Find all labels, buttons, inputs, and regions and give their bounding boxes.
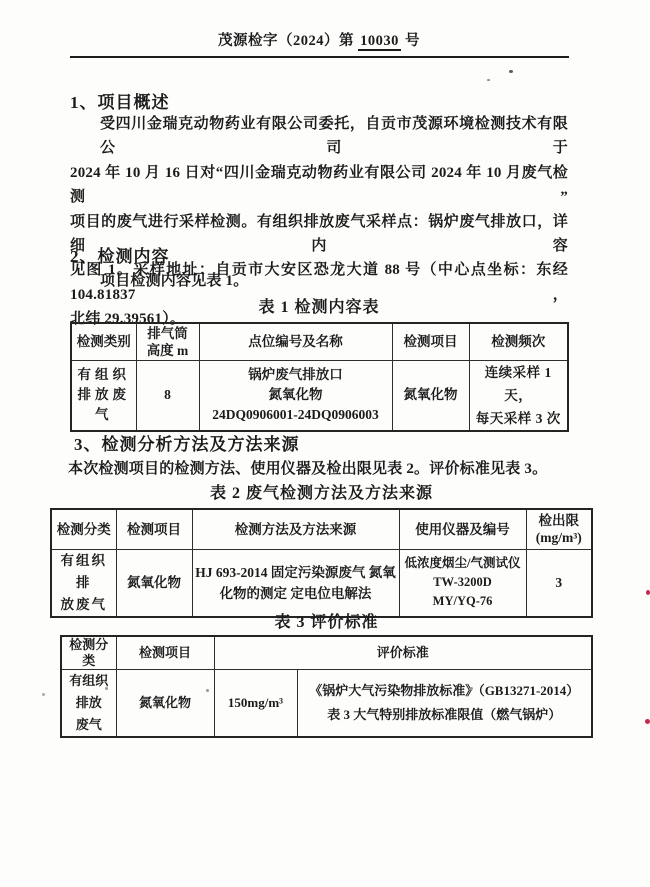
table1-title: 表 1 检测内容表 — [70, 294, 568, 317]
table2-header-instrument: 使用仪器及编号 — [399, 509, 526, 549]
header-rule — [70, 56, 569, 58]
table2-title: 表 2 废气检测方法及方法来源 — [50, 480, 593, 503]
scan-speck — [646, 590, 650, 595]
section2-intro: 项目检测内容见表 1。 — [100, 269, 248, 290]
table3-cell-limit: 150mg/m³ — [214, 670, 297, 738]
section1-heading: 1、项目概述 — [70, 88, 170, 113]
table3-cell-category: 有组织排放 废气 — [61, 670, 116, 738]
table1-cell-point: 锅炉废气排放口 氮氧化物 24DQ0906001-24DQ0906003 — [199, 360, 392, 431]
table2-cell-category: 有组织排 放废气 — [51, 549, 116, 617]
table2-header-item: 检测项目 — [116, 509, 192, 549]
table1-header-stack-height: 排气筒 高度 m — [136, 323, 199, 360]
table3-cell-standard: 《锅炉大气污染物排放标准》（GB13271-2014） 表 3 大气特别排放标准… — [297, 670, 592, 738]
table2-cell-method: HJ 693-2014 固定污染源废气 氮氧化物的测定 定电位电解法 — [192, 549, 399, 617]
doc-number: 茂源检字（2024）第 10030 号 — [70, 29, 568, 50]
table2-header-category: 检测分类 — [51, 509, 116, 549]
table1-header-category: 检测类别 — [71, 323, 136, 360]
table2-header-detection-limit: 检出限 (mg/m³) — [526, 509, 592, 549]
scanned-report-page: 茂源检字（2024）第 10030 号 1、项目概述 受四川金瑞克动物药业有限公… — [0, 0, 650, 887]
scan-speck — [42, 693, 45, 696]
table1-detection-content: 检测类别 排气筒 高度 m 点位编号及名称 检测项目 检测频次 有组织 排放废 … — [70, 322, 569, 432]
table1-cell-category: 有组织 排放废 气 — [71, 360, 136, 431]
table3-header-category: 检测分类 — [61, 636, 116, 670]
table1-header-frequency: 检测频次 — [469, 323, 568, 360]
table3-evaluation-standard: 检测分类 检测项目 评价标准 有组织排放 废气 氮氧化物 150mg/m³ 《锅… — [60, 635, 593, 738]
paragraph-line: 2024 年 10 月 16 日对“四川金瑞克动物药业有限公司 2024 年 1… — [70, 161, 568, 210]
doc-number-suffix: 号 — [405, 33, 420, 49]
section3-intro: 本次检测项目的检测方法、使用仪器及检出限见表 2。评价标准见表 3。 — [68, 457, 547, 478]
table3-header-item: 检测项目 — [116, 636, 214, 670]
table3-title: 表 3 评价标准 — [60, 609, 593, 632]
table1-cell-frequency: 连续采样 1 天， 每天采样 3 次 — [469, 360, 568, 431]
table2-cell-instrument: 低浓度烟尘/气测试仪 TW-3200D MY/YQ-76 — [399, 549, 526, 617]
scan-speck — [645, 719, 650, 724]
table2-header-row: 检测分类 检测项目 检测方法及方法来源 使用仪器及编号 检出限 (mg/m³) — [51, 509, 592, 549]
table2-cell-detection-limit: 3 — [526, 549, 592, 617]
section3-heading: 3、检测分析方法及方法来源 — [74, 430, 300, 455]
scan-speck — [206, 689, 209, 692]
table2-cell-item: 氮氧化物 — [116, 549, 192, 617]
table1-data-row: 有组织 排放废 气 8 锅炉废气排放口 氮氧化物 24DQ0906001-24D… — [71, 360, 568, 431]
scan-speck — [470, 687, 473, 690]
scan-speck — [487, 79, 490, 81]
table3-header-row: 检测分类 检测项目 评价标准 — [61, 636, 592, 670]
table1-header-row: 检测类别 排气筒 高度 m 点位编号及名称 检测项目 检测频次 — [71, 323, 568, 360]
doc-number-prefix: 茂源检字（2024）第 — [218, 33, 354, 49]
table1-cell-stack-height: 8 — [136, 360, 199, 431]
scan-speck — [509, 70, 513, 73]
table3-cell-item: 氮氧化物 — [116, 670, 214, 738]
table2-header-method: 检测方法及方法来源 — [192, 509, 399, 549]
table3-data-row: 有组织排放 废气 氮氧化物 150mg/m³ 《锅炉大气污染物排放标准》（GB1… — [61, 670, 592, 738]
section2-heading: 2、检测内容 — [70, 242, 170, 267]
paragraph-line: 受四川金瑞克动物药业有限公司委托，自贡市茂源环境检测技术有限公司于 — [70, 112, 568, 161]
table2-methods: 检测分类 检测项目 检测方法及方法来源 使用仪器及编号 检出限 (mg/m³) … — [50, 508, 593, 618]
table1-cell-item: 氮氧化物 — [392, 360, 469, 431]
table3-header-standard: 评价标准 — [214, 636, 592, 670]
table2-data-row: 有组织排 放废气 氮氧化物 HJ 693-2014 固定污染源废气 氮氧化物的测… — [51, 549, 592, 617]
table1-header-item: 检测项目 — [392, 323, 469, 360]
table1-header-point: 点位编号及名称 — [199, 323, 392, 360]
doc-number-value: 10030 — [358, 33, 401, 51]
scan-speck — [105, 687, 108, 690]
